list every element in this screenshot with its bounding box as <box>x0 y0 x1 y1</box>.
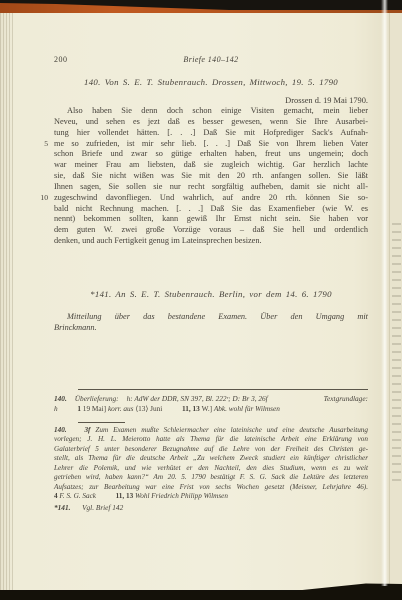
text-line: getrieben wird, haben kann?“ Am 20. 5. 1… <box>54 473 368 482</box>
gutter-highlight <box>381 0 388 586</box>
spacer <box>119 394 127 404</box>
letter-141-heading: *141. An S. E. T. Stubenrauch. Berlin, v… <box>54 289 368 299</box>
text-line: Brinckmann. <box>54 322 368 333</box>
entry-rest: ⟨13⟩ Juni <box>135 404 162 413</box>
text-line: nennt) bekommen sollten, kann gewiß Ihr … <box>54 214 368 225</box>
text-line: Neveu, und sehen es jezt daß es besser g… <box>54 117 368 128</box>
text-line: zugeschwind davonfliegen. Und wahrlich, … <box>54 193 368 204</box>
commentary-separator-rule <box>78 422 125 423</box>
text-line: vorlegen; J. H. L. Meierotto hatte als T… <box>54 435 368 444</box>
commentary-entries: 4 F. S. G. Sack 11, 13 Wohl Friedrich Ph… <box>54 492 368 501</box>
entry-line-ref: 4 <box>54 492 58 500</box>
entry-lemma: W.] <box>202 404 212 413</box>
text-line: stellt, als Thema für die deutsche Arbei… <box>54 454 368 463</box>
entry-line-ref: 11, 13 <box>116 492 134 500</box>
commentary-lemma-ref: 3f <box>84 426 90 434</box>
text-line: sie, daß Sie nicht wißen was Sie mit den… <box>54 171 368 182</box>
commentary-letter-number: 140. <box>54 426 67 434</box>
running-head-title: Briefe 140–142 <box>54 55 368 64</box>
book-photo: { "colors": { "paper": "#f0edda", "cover… <box>0 0 402 600</box>
entry-note: korr. aus <box>108 404 134 413</box>
apparatus-line-2: h 1 19 Mai] korr. aus ⟨13⟩ Juni 11, 13 W… <box>54 404 368 414</box>
commentary-line-1: 140. 3f Zum Examen mußte Schleiermacher … <box>54 426 368 435</box>
text-line: dem guten W. zwei große Vorzüge voraus –… <box>54 225 368 236</box>
text-line: bald nicht Rechnung machen. [. . .] Daß … <box>54 204 368 215</box>
text-line: Aufsatzes; zur Bearbeitung war eine Fris… <box>54 483 368 492</box>
commentary-lines: vorlegen; J. H. L. Meierotto hatte als T… <box>54 435 368 492</box>
commentary-section: 140. 3f Zum Examen mußte Schleiermacher … <box>54 426 368 502</box>
apparatus-separator-rule <box>78 389 368 390</box>
text-line: me so zufrieden, ist mir sehr lieb. [. .… <box>54 139 368 150</box>
running-head: 200 Briefe 140–142 <box>54 55 368 67</box>
note-141: *141. Vgl. Brief 142 <box>54 503 368 512</box>
entry-line-ref: 1 <box>77 404 81 413</box>
text-line: Also haben Sie denn doch schon einige Vi… <box>54 106 368 117</box>
entry-lemma: 19 Mai] <box>83 404 106 413</box>
textgrundlage-label: Textgrundlage: <box>324 394 368 404</box>
entry-text: F. S. G. Sack <box>59 492 96 500</box>
text-line: Ihnen sagen, Sie sollen sie nur recht so… <box>54 182 368 193</box>
letter-141-summary: Mitteilung über das bestandene Examen. Ü… <box>54 311 368 333</box>
apparatus-line-1: 140. Überlieferung: h: AdW der DDR, SN 3… <box>54 394 368 404</box>
margin-line-number-5: 5 <box>30 139 48 148</box>
text-line: denken, und auch Fertigkeit genug im Lat… <box>54 236 368 247</box>
text-line: Mitteilung über das bestandene Examen. Ü… <box>54 311 368 322</box>
printed-page-content: 200 Briefe 140–142 140. Von S. E. T. Stu… <box>0 0 402 600</box>
text-line: schon Briefe und zwar so gütige erhalten… <box>54 149 368 160</box>
spacer <box>67 394 75 404</box>
letter-140-heading: 140. Von S. E. T. Stubenrauch. Drossen, … <box>54 77 368 87</box>
apparatus-section: 140. Überlieferung: h: AdW der DDR, SN 3… <box>54 394 368 413</box>
text-line: war meiner Frau am liebsten, daß sie zug… <box>54 160 368 171</box>
textgrundlage-value: h <box>54 404 58 413</box>
note-141-text: Vgl. Brief 142 <box>82 503 123 512</box>
note-141-number: *141. <box>54 503 70 512</box>
text-line: Lehrer die Polemik, und wie verhütet er … <box>54 464 368 473</box>
margin-line-number-10: 10 <box>30 193 48 202</box>
entry-note: Abk. wohl für Wilmsen <box>214 404 280 413</box>
ueberlieferung-label: Überlieferung: <box>75 394 119 404</box>
text-line: tung hier vollendet hätten. [. . .] Daß … <box>54 128 368 139</box>
ueberlieferung-value: h: AdW der DDR, SN 397, Bl. 222ʳ; D: Br … <box>127 394 268 404</box>
letter-140-dateline: Drossen d. 19 Mai 1790. <box>54 96 368 105</box>
apparatus-letter-number: 140. <box>54 394 67 404</box>
entry-text: Wohl Friedrich Philipp Wilmsen <box>135 492 228 500</box>
commentary-text: Zum Examen mußte Schleiermacher eine lat… <box>95 426 368 434</box>
entry-line-ref: 11, 13 <box>182 404 200 413</box>
text-line: Galaterbrief 5 unter besonderer Bezugnah… <box>54 445 368 454</box>
letter-140-body: Also haben Sie denn doch schon einige Vi… <box>54 106 368 247</box>
